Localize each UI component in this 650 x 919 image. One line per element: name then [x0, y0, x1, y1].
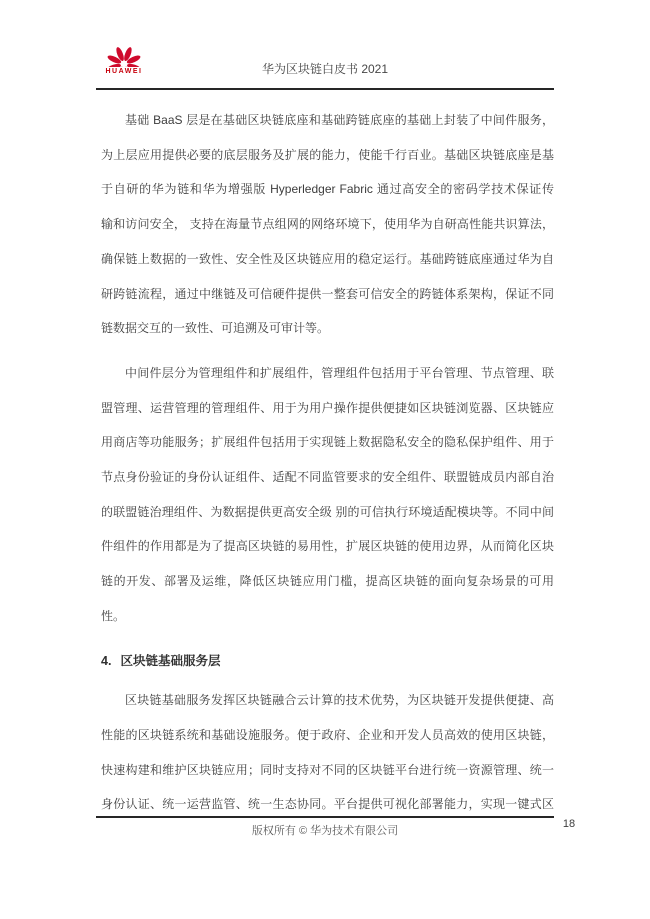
body-line: 基础 BaaS 层是在基础区块链底座和基础跨链底座的基础上封装了中间件服务，	[101, 103, 554, 138]
section-title: 区块链基础服务层	[120, 644, 220, 679]
body-paragraph: 区块链基础服务发挥区块链融合云计算的技术优势，为区块链开发提供便捷、高性能的区块…	[101, 683, 554, 822]
body-line: 用商店等功能服务；扩展组件包括用于实现链上数据隐私安全的隐私保护组件、用于	[101, 425, 554, 460]
body-line: 研跨链流程，通过中继链及可信硬件提供一整套可信安全的跨链体系架构，保证不同	[101, 277, 554, 312]
body-line: 于自研的华为链和华为增强版 Hyperledger Fabric 通过高安全的密…	[101, 172, 554, 207]
body-line: 输和访问安全， 支持在海量节点组网的网络环境下，使用华为自研高性能共识算法，	[101, 207, 554, 242]
body-line: 快速构建和维护区块链应用；同时支持对不同的区块链平台进行统一资源管理、统一	[101, 753, 554, 788]
body-line: 链的开发、部署及运维，降低区块链应用门槛，提高区块链的面向复杂场景的可用	[101, 564, 554, 599]
document-page: HUAWEI 华为区块链白皮书 2021 基础 BaaS 层是在基础区块链底座和…	[0, 0, 650, 919]
body-line: 确保链上数据的一致性、安全性及区块链应用的稳定运行。基础跨链底座通过华为自	[101, 242, 554, 277]
copyright-notice: 版权所有 © 华为技术有限公司	[96, 822, 554, 838]
body-paragraph: 基础 BaaS 层是在基础区块链底座和基础跨链底座的基础上封装了中间件服务，为上…	[101, 103, 554, 346]
body-paragraph: 中间件层分为管理组件和扩展组件，管理组件包括用于平台管理、节点管理、联盟管理、运…	[101, 356, 554, 634]
body-line: 为上层应用提供必要的底层服务及扩展的能力，使能千行百业。基础区块链底座是基	[101, 138, 554, 173]
page-number: 18	[556, 818, 582, 830]
body-line: 性。	[101, 599, 554, 634]
body-line: 节点身份验证的身份认证组件、适配不同监管要求的安全组件、联盟链成员内部自治	[101, 460, 554, 495]
body-line: 的联盟链治理组件、为数据提供更高安全级 别的可信执行环境适配模块等。不同中间	[101, 495, 554, 530]
document-title: 华为区块链白皮书 2021	[0, 60, 650, 77]
body-line: 盟管理、运营管理的管理组件、用于为用户操作提供便捷如区块链浏览器、区块链应	[101, 391, 554, 426]
body-line: 性能的区块链系统和基础设施服务。便于政府、企业和开发人员高效的使用区块链，	[101, 718, 554, 753]
header-divider	[96, 88, 554, 90]
body-line: 件组件的作用都是为了提高区块链的易用性，扩展区块链的使用边界，从而简化区块	[101, 529, 554, 564]
footer-divider	[96, 816, 554, 818]
body-line: 中间件层分为管理组件和扩展组件，管理组件包括用于平台管理、节点管理、联	[101, 356, 554, 391]
section-heading: 4.区块链基础服务层	[101, 644, 554, 679]
body-line: 区块链基础服务发挥区块链融合云计算的技术优势，为区块链开发提供便捷、高	[101, 683, 554, 718]
section-number: 4.	[101, 644, 111, 679]
body-content: 基础 BaaS 层是在基础区块链底座和基础跨链底座的基础上封装了中间件服务，为上…	[101, 103, 554, 832]
body-line: 链数据交互的一致性、可追溯及可审计等。	[101, 311, 554, 346]
